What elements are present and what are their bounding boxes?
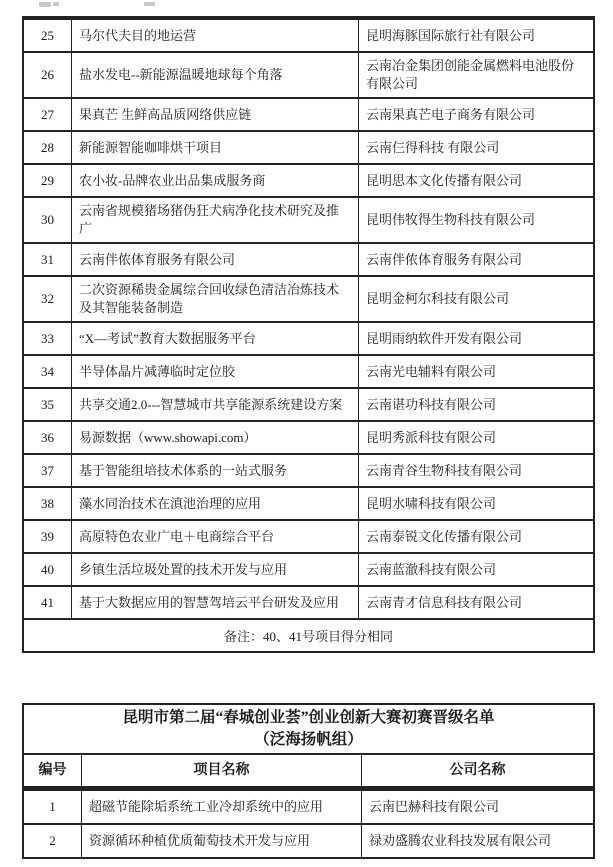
table-row: 41 基于大数据应用的智慧驾培云平台研发及应用 云南青才信息科技有限公司 bbox=[24, 585, 593, 618]
table-row: 31 云南伴侬体育服务有限公司 云南伴侬体育服务有限公司 bbox=[24, 242, 593, 275]
company-name-cell: 云南冶金集团创能金属燃料电池股份有限公司 bbox=[359, 53, 593, 97]
project-name-cell: 农小妆-品牌农业出品集成服务商 bbox=[72, 165, 359, 196]
row-number-cell: 40 bbox=[24, 554, 72, 585]
row-number-cell: 25 bbox=[24, 20, 72, 51]
company-name-cell: 云南巴赫科技有限公司 bbox=[362, 791, 593, 823]
table-row: 30 云南省规模猪场猪伪狂犬病净化技术研究及推广 昆明伟牧得生物科技有限公司 bbox=[24, 196, 593, 242]
company-name-cell: 云南果真芒电子商务有限公司 bbox=[359, 99, 593, 130]
project-name-cell: 半导体晶片减薄临时定位胶 bbox=[72, 356, 359, 387]
table-row: 39 高原特色农业广电＋电商综合平台 云南泰锐文化传播有限公司 bbox=[24, 519, 593, 552]
company-name-cell: 昆明水啸科技有限公司 bbox=[359, 488, 593, 519]
company-name-cell: 云南仨得科技 有限公司 bbox=[359, 132, 593, 163]
row-number-cell: 30 bbox=[24, 198, 72, 242]
project-name-cell: 资源循环种植优质葡萄技术开发与应用 bbox=[82, 825, 362, 857]
company-name-cell: 云南谌功科技有限公司 bbox=[359, 389, 593, 420]
header-number: 编号 bbox=[24, 755, 82, 786]
project-name-cell: 新能源智能咖啡烘干项目 bbox=[72, 132, 359, 163]
company-name-cell: 昆明海豚国际旅行社有限公司 bbox=[359, 20, 593, 51]
row-number-cell: 34 bbox=[24, 356, 72, 387]
row-number-cell: 32 bbox=[24, 277, 72, 321]
row-number-cell: 37 bbox=[24, 455, 72, 486]
project-name-cell: 马尔代夫目的地运营 bbox=[72, 20, 359, 51]
table-header-row: 编号 项目名称 公司名称 bbox=[24, 755, 593, 789]
table-row: 25 马尔代夫目的地运营 昆明海豚国际旅行社有限公司 bbox=[24, 18, 593, 51]
row-number-cell: 41 bbox=[24, 587, 72, 618]
table-row: 36 易源数据（www.showapi.com） 昆明秀派科技有限公司 bbox=[24, 420, 593, 453]
project-name-cell: 云南省规模猪场猪伪狂犬病净化技术研究及推广 bbox=[72, 198, 359, 242]
project-name-cell: “X—考试”教育大数据服务平台 bbox=[72, 323, 359, 354]
company-name-cell: 云南青谷生物科技有限公司 bbox=[359, 455, 593, 486]
header-project-name: 项目名称 bbox=[82, 755, 362, 786]
table-row: 33 “X—考试”教育大数据服务平台 昆明雨纳软件开发有限公司 bbox=[24, 321, 593, 354]
table-body: 1 超磁节能除垢系统工业冷却系统中的应用 云南巴赫科技有限公司 2 资源循环种植… bbox=[24, 789, 593, 857]
table-body: 25 马尔代夫目的地运营 昆明海豚国际旅行社有限公司 26 盐水发电--新能源温… bbox=[24, 18, 593, 618]
note-row: 备注：40、41号项目得分相同 bbox=[24, 618, 593, 651]
header-company-name: 公司名称 bbox=[362, 755, 593, 786]
table-row: 1 超磁节能除垢系统工业冷却系统中的应用 云南巴赫科技有限公司 bbox=[24, 789, 593, 823]
company-name-cell: 昆明思本文化传播有限公司 bbox=[359, 165, 593, 196]
row-number-cell: 35 bbox=[24, 389, 72, 420]
project-name-cell: 高原特色农业广电＋电商综合平台 bbox=[72, 521, 359, 552]
company-name-cell: 云南光电辅料有限公司 bbox=[359, 356, 593, 387]
company-name-cell: 昆明秀派科技有限公司 bbox=[359, 422, 593, 453]
table-row: 37 基于智能组培技术体系的一站式服务 云南青谷生物科技有限公司 bbox=[24, 453, 593, 486]
row-number-cell: 39 bbox=[24, 521, 72, 552]
qualifying-table-main: 25 马尔代夫目的地运营 昆明海豚国际旅行社有限公司 26 盐水发电--新能源温… bbox=[22, 16, 595, 653]
project-name-cell: 乡镇生活垃圾处置的技术开发与应用 bbox=[72, 554, 359, 585]
table-title-line2: （泛海扬帆组） bbox=[28, 729, 589, 751]
row-number-cell: 31 bbox=[24, 244, 72, 275]
row-number-cell: 36 bbox=[24, 422, 72, 453]
table-row: 32 二次资源稀贵金属综合回收绿色清洁冶炼技术及其智能装备制造 昆明金柯尔科技有… bbox=[24, 275, 593, 321]
company-name-cell: 昆明伟牧得生物科技有限公司 bbox=[359, 198, 593, 242]
document-page: { "page": { "background": "#ffffff", "bo… bbox=[0, 0, 613, 867]
project-name-cell: 基于智能组培技术体系的一站式服务 bbox=[72, 455, 359, 486]
company-name-cell: 昆明雨纳软件开发有限公司 bbox=[359, 323, 593, 354]
row-number-cell: 1 bbox=[24, 791, 82, 823]
project-name-cell: 藻水同治技术在滇池治理的应用 bbox=[72, 488, 359, 519]
table-row: 2 资源循环种植优质葡萄技术开发与应用 禄劝盛腾农业科技发展有限公司 bbox=[24, 823, 593, 857]
company-name-cell: 云南青才信息科技有限公司 bbox=[359, 587, 593, 618]
company-name-cell: 昆明金柯尔科技有限公司 bbox=[359, 277, 593, 321]
row-number-cell: 29 bbox=[24, 165, 72, 196]
table-row: 28 新能源智能咖啡烘干项目 云南仨得科技 有限公司 bbox=[24, 130, 593, 163]
table-row: 29 农小妆-品牌农业出品集成服务商 昆明思本文化传播有限公司 bbox=[24, 163, 593, 196]
note-text: 备注：40、41号项目得分相同 bbox=[24, 620, 593, 651]
company-name-cell: 云南伴侬体育服务有限公司 bbox=[359, 244, 593, 275]
row-number-cell: 27 bbox=[24, 99, 72, 130]
table-row: 35 共享交通2.0---智慧城市共享能源系统建设方案 云南谌功科技有限公司 bbox=[24, 387, 593, 420]
project-name-cell: 基于大数据应用的智慧驾培云平台研发及应用 bbox=[72, 587, 359, 618]
company-name-cell: 禄劝盛腾农业科技发展有限公司 bbox=[362, 825, 593, 857]
qualifying-table-fanhai-group: 昆明市第二届“春城创业荟”创业创新大赛初赛晋级名单 （泛海扬帆组） 编号 项目名… bbox=[22, 703, 595, 859]
table-title-line1: 昆明市第二届“春城创业荟”创业创新大赛初赛晋级名单 bbox=[28, 707, 589, 729]
table-title: 昆明市第二届“春城创业荟”创业创新大赛初赛晋级名单 （泛海扬帆组） bbox=[24, 705, 593, 755]
project-name-cell: 盐水发电--新能源温暖地球每个角落 bbox=[72, 53, 359, 97]
project-name-cell: 果真芒 生鲜高品质网络供应链 bbox=[72, 99, 359, 130]
table-row: 38 藻水同治技术在滇池治理的应用 昆明水啸科技有限公司 bbox=[24, 486, 593, 519]
project-name-cell: 云南伴侬体育服务有限公司 bbox=[72, 244, 359, 275]
row-number-cell: 33 bbox=[24, 323, 72, 354]
table-row: 27 果真芒 生鲜高品质网络供应链 云南果真芒电子商务有限公司 bbox=[24, 97, 593, 130]
row-number-cell: 38 bbox=[24, 488, 72, 519]
table-row: 34 半导体晶片减薄临时定位胶 云南光电辅料有限公司 bbox=[24, 354, 593, 387]
project-name-cell: 易源数据（www.showapi.com） bbox=[72, 422, 359, 453]
project-name-cell: 二次资源稀贵金属综合回收绿色清洁冶炼技术及其智能装备制造 bbox=[72, 277, 359, 321]
row-number-cell: 28 bbox=[24, 132, 72, 163]
row-number-cell: 2 bbox=[24, 825, 82, 857]
table-row: 26 盐水发电--新能源温暖地球每个角落 云南冶金集团创能金属燃料电池股份有限公… bbox=[24, 51, 593, 97]
project-name-cell: 共享交通2.0---智慧城市共享能源系统建设方案 bbox=[72, 389, 359, 420]
table-row: 40 乡镇生活垃圾处置的技术开发与应用 云南蓝澈科技有限公司 bbox=[24, 552, 593, 585]
company-name-cell: 云南蓝澈科技有限公司 bbox=[359, 554, 593, 585]
company-name-cell: 云南泰锐文化传播有限公司 bbox=[359, 521, 593, 552]
row-number-cell: 26 bbox=[24, 53, 72, 97]
project-name-cell: 超磁节能除垢系统工业冷却系统中的应用 bbox=[82, 791, 362, 823]
